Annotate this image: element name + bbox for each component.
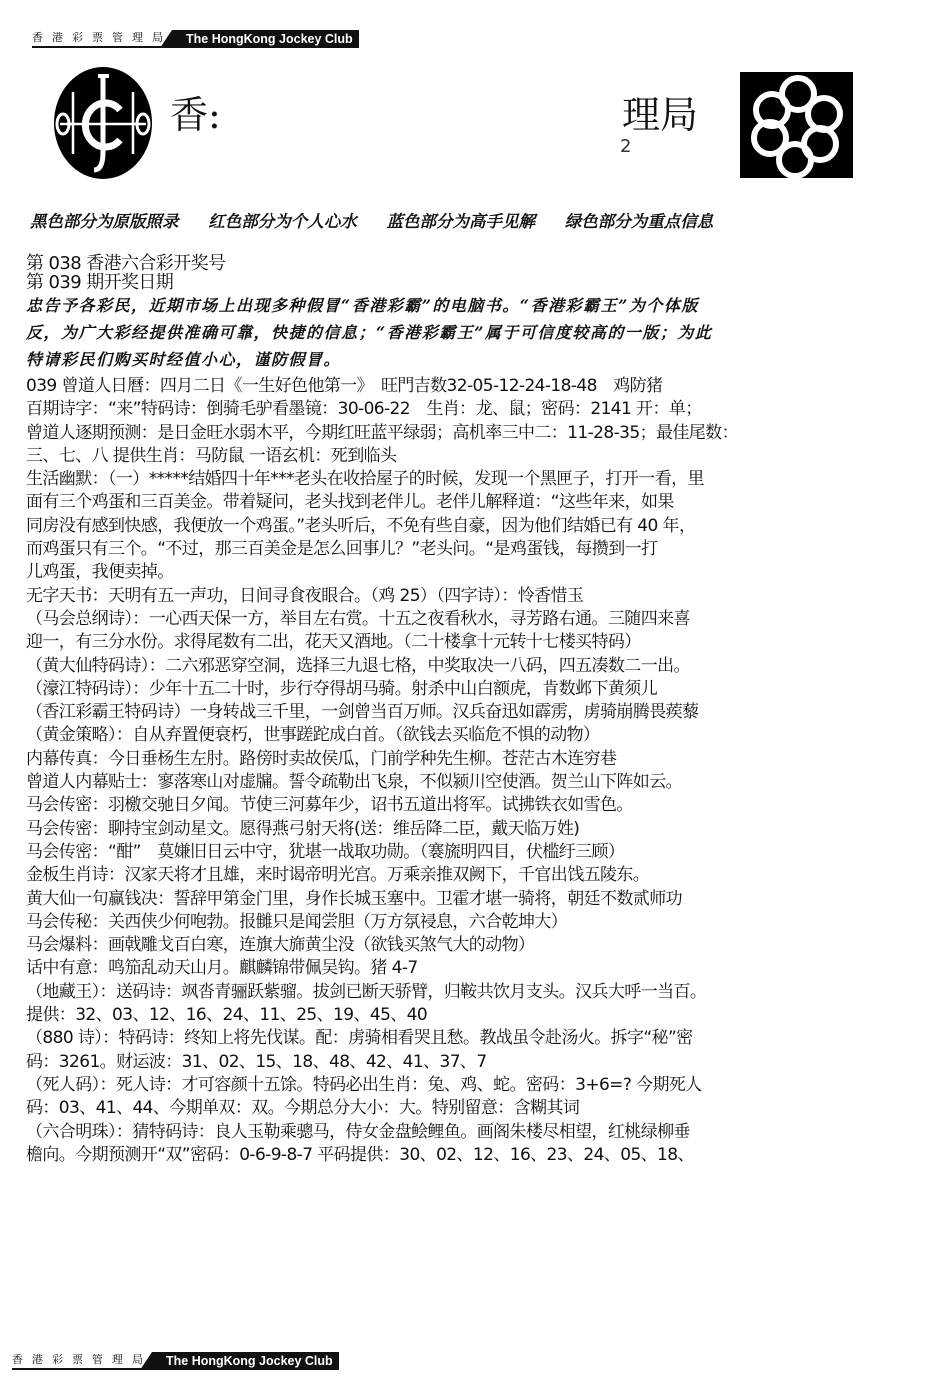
text-line: 内幕传真：今日垂杨生左肘。路傍时卖故侯瓜，门前学种先生柳。苍茫古木连穷巷 bbox=[26, 748, 886, 771]
main-content: 第 038 香港六合彩开奖号 第 039 期开奖日期 忠告予各彩民，近期市场上出… bbox=[26, 254, 886, 1167]
text-line: 提供：32、03、12、16、24、11、25、19、45、40 bbox=[26, 1004, 886, 1027]
text-line: 无字天书：天明有五一声功，日间寻食夜眼合。（鸡 25）（四字诗）：怜香惜玉 bbox=[26, 585, 886, 608]
color-legend: 黑色部分为原版照录 红色部分为个人心水 蓝色部分为高手见解 绿色部分为重点信息 bbox=[30, 208, 735, 232]
text-line: （马会总纲诗）：一心西天保一方，举目左右赏。十五之夜看秋水，寻芳路右通。三随四来… bbox=[26, 608, 886, 631]
legend-green: 绿色部分为重点信息 bbox=[565, 212, 714, 231]
text-line: （880 诗）：特码诗：终知上将先伐谋。配：虏骑相看哭且愁。教战虽令赴汤火。拆字… bbox=[26, 1027, 886, 1050]
text-line: 生活幽默：（一）*****结婚四十年***老头在收拾屋子的时候，发现一个黑匣子，… bbox=[26, 468, 886, 491]
notice-line: 忠告予各彩民，近期市场上出现多种假冒“香港彩霸”的电脑书。“香港彩霸王”为个体版 bbox=[26, 292, 886, 319]
text-line: （死人码）：死人诗：才可容颜十五馀。特码必出生肖：兔、鸡、蛇。密码：3+6=? … bbox=[26, 1074, 886, 1097]
brand-cn: 香港彩票管理局 bbox=[12, 1352, 152, 1370]
text-line: 百期诗字：“来”特码诗：倒骑毛驴看墨镜：30-06-22 生肖：龙、鼠；密码：2… bbox=[26, 398, 886, 421]
text-line: 话中有意：鸣笳乱动天山月。麒麟锦带佩吴钩。猪 4-7 bbox=[26, 957, 886, 980]
text-line: 黄大仙一句赢钱决：誓辞甲第金门里，身作长城玉塞中。卫霍才堪一骑将，朝廷不数贰师功 bbox=[26, 888, 886, 911]
header-title-fragment-right: 理局 bbox=[622, 84, 698, 139]
text-line: 码：03、41、44、今期单双：双。今期总分大小：大。特别留意：含糊其词 bbox=[26, 1097, 886, 1120]
text-line: 而鸡蛋只有三个。“不过，那三百美金是怎么回事儿？”老头问。“是鸡蛋钱，每攒到一打 bbox=[26, 538, 886, 561]
jockey-club-logo-icon bbox=[46, 66, 160, 180]
text-line: （黄大仙特码诗）：二六邪恶穿空洞，选择三九退七格，中奖取决一八码，四五凑数二一出… bbox=[26, 655, 886, 678]
issue-line-1: 第 038 香港六合彩开奖号 bbox=[26, 254, 886, 273]
brand-bar-bottom: 香港彩票管理局 The HongKong Jockey Club bbox=[12, 1352, 339, 1370]
text-line: （黄金策略）：自从弃置便衰朽，世事蹉跎成白首。（欲钱去买临危不惧的动物） bbox=[26, 724, 886, 747]
text-line: 同房没有感到快感，我便放一个鸡蛋。”老头听后，不免有些自豪，因为他们结婚已有 4… bbox=[26, 515, 886, 538]
text-line: 码：3261。财运波：31、02、15、18、48、42、41、37、7 bbox=[26, 1051, 886, 1074]
text-line: 马会传密：聊持宝剑动星文。愿得燕弓射天将(送：维岳降二臣，戴天临万姓) bbox=[26, 818, 886, 841]
text-line: 马会传秘：关西侠少何咆勃。报雠只是闻尝胆（万方氛祲息，六合乾坤大） bbox=[26, 911, 886, 934]
text-line: 三、七、八 提供生肖：马防鼠 一语玄机：死到临头 bbox=[26, 445, 886, 468]
brand-bar-top: 香港彩票管理局 The HongKong Jockey Club bbox=[32, 30, 359, 48]
text-line: 金板生肖诗：汉家天将才且雄，来时谒帝明光宫。万乘亲推双阙下，千官出饯五陵东。 bbox=[26, 864, 886, 887]
legend-black: 黑色部分为原版照录 bbox=[30, 212, 179, 231]
issue-line-2: 第 039 期开奖日期 bbox=[26, 273, 886, 292]
text-line: 马会爆料：画戟雕戈百白寒，连旗大旆黄尘没（欲钱买煞气大的动物） bbox=[26, 934, 886, 957]
rings-logo-icon bbox=[740, 72, 853, 178]
notice-line: 反，为广大彩经提供准确可靠，快捷的信息；“香港彩霸王”属于可信度较高的一版；为此 bbox=[26, 319, 886, 346]
header-title-fragment-left: 香: bbox=[170, 84, 221, 139]
brand-en: The HongKong Jockey Club bbox=[172, 30, 359, 48]
brand-cn: 香港彩票管理局 bbox=[32, 30, 172, 48]
legend-red: 红色部分为个人心水 bbox=[208, 212, 357, 231]
text-line: 曾道人内幕贴士：寥落寒山对虚牖。誓令疏勒出飞泉，不似颍川空使酒。贺兰山下阵如云。 bbox=[26, 771, 886, 794]
brand-en: The HongKong Jockey Club bbox=[152, 1352, 339, 1370]
text-line: 马会传密：“酣” 莫嫌旧日云中守，犹堪一战取功勋。（褰旒明四目，伏槛纡三顾） bbox=[26, 841, 886, 864]
text-line: 面有三个鸡蛋和三百美金。带着疑问，老头找到老伴儿。老伴儿解释道：“这些年来，如果 bbox=[26, 491, 886, 514]
text-line: 039 曾道人日曆：四月二日《一生好色他第一》 旺門吉数32-05-12-24-… bbox=[26, 375, 886, 398]
text-line: （濠江特码诗）：少年十五二十时，步行夺得胡马骑。射杀中山白额虎，肯数邺下黄须儿 bbox=[26, 678, 886, 701]
text-line: 檐向。今期预测开“双”密码：0-6-9-8-7 平码提供：30、02、12、16… bbox=[26, 1144, 886, 1167]
text-line: 曾道人逐期预测：是日金旺水弱木平，今期红旺蓝平绿弱；高机率三中二：11-28-3… bbox=[26, 422, 886, 445]
text-line: （香江彩霸王特码诗）一身转战三千里，一剑曾当百万师。汉兵奋迅如霹雳，虏骑崩腾畏蒺… bbox=[26, 701, 886, 724]
legend-blue: 蓝色部分为高手见解 bbox=[387, 212, 536, 231]
text-line: （地藏王）：送码诗：飒沓青骊跃紫骝。拔剑已断天骄臂，归鞍共饮月支头。汉兵大呼一当… bbox=[26, 981, 886, 1004]
text-line: 儿鸡蛋，我便卖掉。 bbox=[26, 561, 886, 584]
text-line: 迎一，有三分水份。求得尾数有二出，花天又酒地。（二十楼拿十元转十七楼买特码） bbox=[26, 631, 886, 654]
text-line: 马会传密：羽檄交驰日夕闻。节使三河募年少，诏书五道出将军。试拂铁衣如雪色。 bbox=[26, 794, 886, 817]
notice-line: 特请彩民们购买时经值小心，谨防假冒。 bbox=[26, 346, 886, 373]
text-line: （六合明珠）：猜特码诗：良人玉勒乘骢马，侍女金盘鲙鲤鱼。画阁朱楼尽相望，红桃绿柳… bbox=[26, 1121, 886, 1144]
header-subtitle-fragment: 2 bbox=[620, 136, 631, 157]
